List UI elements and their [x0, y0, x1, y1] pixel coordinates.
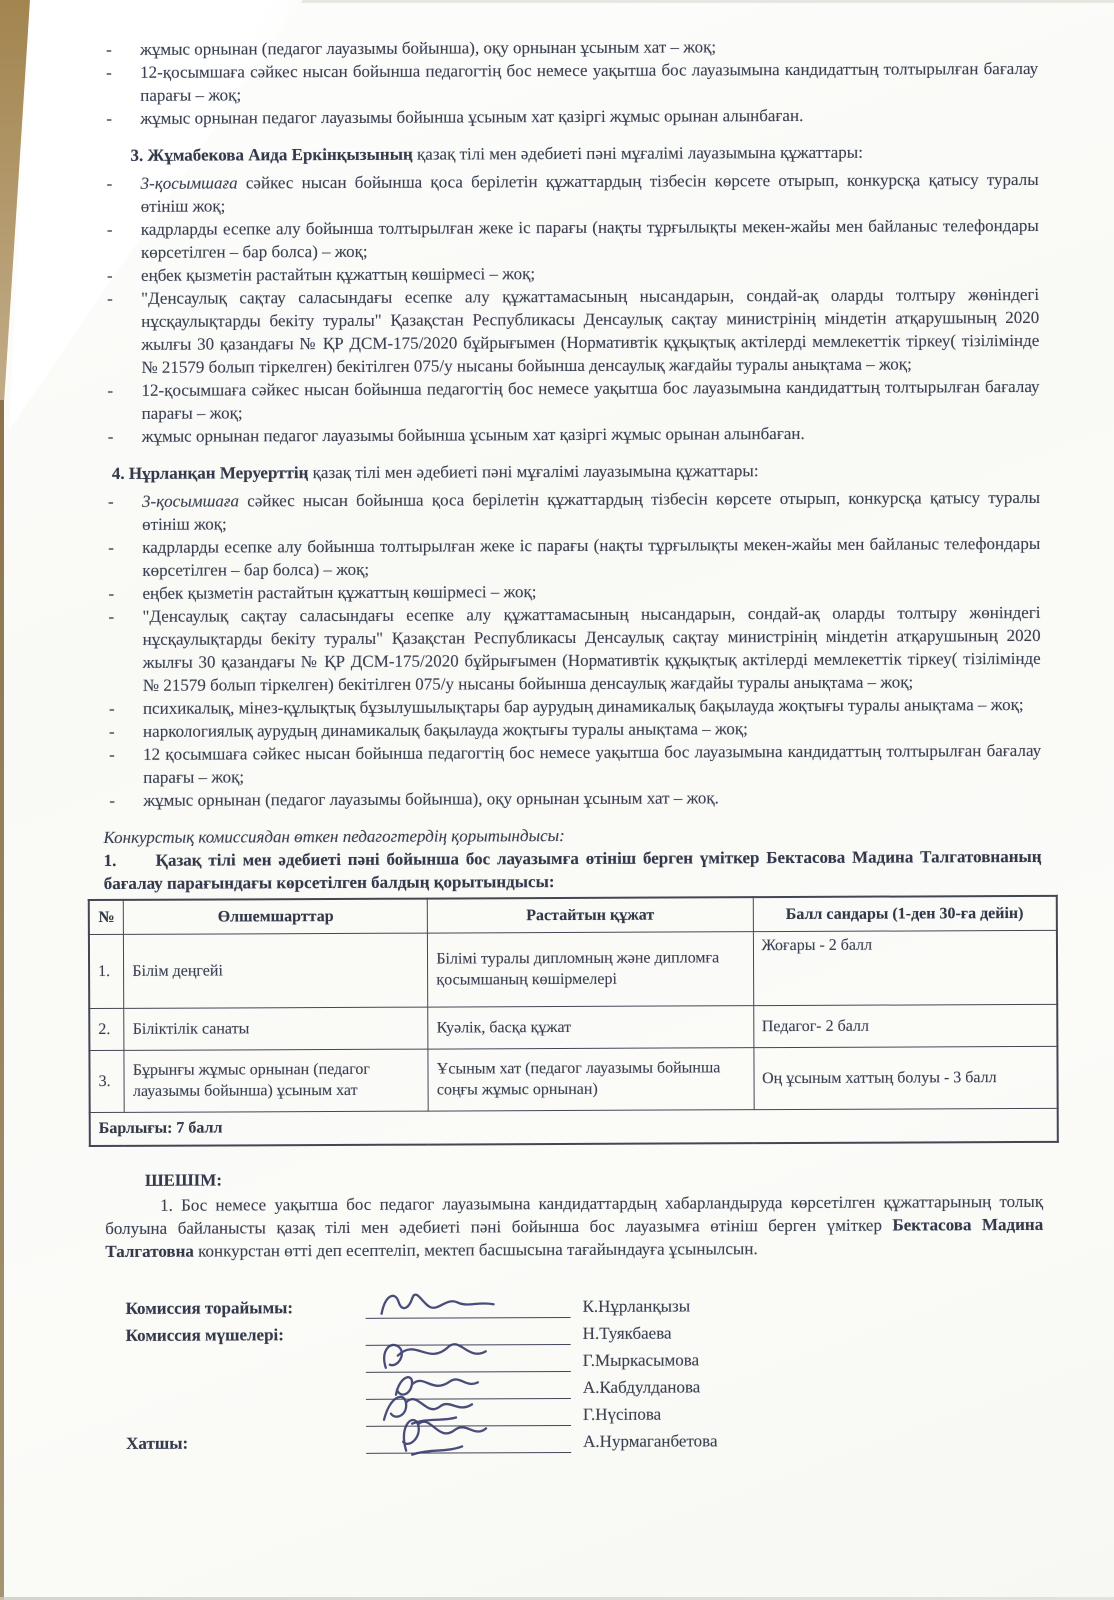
summary-paragraph: 1.Қазақ тілі мен әдебиеті пәні бойынша б…	[104, 845, 1042, 895]
table-row: 1. Білім деңгейі Білімі туралы дипломның…	[89, 930, 1057, 1008]
candidate-name: 3. Жұмабекова Аида Еркінқызының	[130, 145, 412, 165]
signature-label: Комиссия торайымы:	[125, 1296, 365, 1320]
signature-ink	[372, 1410, 512, 1461]
document-cell: Куәлік, басқа құжат	[428, 1005, 753, 1048]
list-item-text: жұмыс орнынан педагог лауазымы бойынша ұ…	[140, 103, 1038, 130]
list-item: - жұмыс орнынан педагог лауазымы бойынша…	[102, 421, 1040, 448]
col-document: Растайтын құжат	[428, 897, 753, 932]
section-3-heading: 3. Жұмабекова Аида Еркінқызының қазақ ті…	[100, 140, 1038, 167]
list-item: - "Денсаулық сақтау саласындағы есепке а…	[102, 601, 1040, 697]
list-item-text: "Денсаулық сақтау саласындағы есепке алу…	[141, 283, 1039, 379]
list-item: - 12 қосымшаға сәйкес нысан бойынша педа…	[103, 739, 1041, 789]
signer-name: А.Нурмаганбетова	[571, 1429, 717, 1453]
list-item-text: 12-қосымшаға сәйкес нысан бойынша педаго…	[140, 57, 1038, 107]
signer-name: Н.Туякбаева	[571, 1322, 672, 1345]
total-points: Барлығы: 7 балл	[90, 1108, 1058, 1146]
bullet-dash: -	[103, 743, 143, 789]
table-header-row: № Өлшемшарттар Растайтын құжат Балл санд…	[89, 896, 1057, 934]
signer-name: К.Нұрланқызы	[570, 1294, 690, 1318]
list-item-text: кадрларды есепке алу бойынша толтырылған…	[141, 214, 1039, 264]
bullet-dash: -	[101, 218, 141, 264]
section-4-heading: 4. Нұрланқан Меруерттің қазақ тілі мен ә…	[102, 458, 1040, 485]
criterion-cell: Біліктілік санаты	[124, 1007, 428, 1050]
col-points: Балл сандары (1-ден 30-ға дейін)	[753, 896, 1057, 931]
bullet-dash: -	[102, 582, 142, 605]
list-item-text: 12 қосымшаға сәйкес нысан бойынша педаго…	[143, 739, 1041, 789]
list-item: - 12-қосымшаға сәйкес нысан бойынша педа…	[100, 57, 1038, 107]
bullet-dash: -	[101, 287, 141, 379]
list-item: - жұмыс орнынан педагог лауазымы бойынша…	[100, 103, 1038, 130]
section-4-list: - 3-қосымшаға сәйкес нысан бойынша қоса …	[102, 486, 1041, 812]
bullet-dash: -	[100, 61, 140, 107]
list-item-text: 3-қосымшаға сәйкес нысан бойынша қоса бе…	[142, 486, 1040, 536]
signature-row-member: Г.Мыркасымова	[126, 1343, 1044, 1374]
document-cell: Білімі туралы дипломның және дипломға қо…	[428, 931, 754, 1006]
score-table: № Өлшемшарттар Растайтын құжат Балл санд…	[88, 895, 1059, 1147]
bullet-dash: -	[102, 425, 142, 448]
bullet-dash: -	[100, 38, 140, 61]
list-item: - "Денсаулық сақтау саласындағы есепке а…	[101, 283, 1039, 379]
signature-row-member: Г.Нүсіпова	[126, 1397, 1044, 1428]
list-item: - 3-қосымшаға сәйкес нысан бойынша қоса …	[102, 486, 1040, 536]
list-item: - 12-қосымшаға сәйкес нысан бойынша педа…	[101, 375, 1039, 425]
paragraph-number: 1.	[104, 849, 156, 872]
document-cell: Ұсыным хат (педагог лауазымы бойынша соң…	[428, 1047, 754, 1110]
candidate-name: 4. Нұрланқан Меруерттің	[112, 463, 309, 483]
decision-heading: ШЕШІМ:	[145, 1165, 1043, 1192]
table-row: 2. Біліктілік санаты Куәлік, басқа құжат…	[89, 1004, 1057, 1050]
bullet-dash: -	[102, 536, 142, 582]
list-item-text: 3-қосымшаға сәйкес нысан бойынша қоса бе…	[141, 168, 1039, 218]
points-cell: Педагог- 2 балл	[753, 1004, 1057, 1047]
bullet-dash: -	[103, 789, 143, 812]
table-row: 3. Бұрынғы жұмыс орнынан (педагог лауазы…	[89, 1046, 1057, 1112]
bullet-dash: -	[100, 107, 140, 130]
annex-reference: 3-қосымшаға	[142, 491, 239, 510]
signature-block: Комиссия торайымы: К.Нұрланқызы Комиссия…	[125, 1289, 1044, 1455]
signature-line	[366, 1428, 571, 1454]
signature-row-member: Комиссия мүшелері: Н.Туякбаева	[126, 1316, 1044, 1347]
table-total-row: Барлығы: 7 балл	[90, 1108, 1058, 1146]
points-cell: Жоғары - 2 балл	[753, 930, 1057, 1005]
bullet-dash: -	[101, 264, 141, 287]
top-continuation-list: - жұмыс орнынан (педагог лауазымы бойынш…	[100, 34, 1038, 130]
document-content: - жұмыс орнынан (педагог лауазымы бойынш…	[100, 34, 1044, 1455]
col-number: №	[89, 900, 124, 934]
row-number: 1.	[89, 934, 124, 1008]
annex-reference: 3-қосымшаға	[141, 173, 238, 192]
signer-name: А.Кабдулданова	[571, 1375, 701, 1399]
row-number: 3.	[89, 1050, 124, 1112]
decision-paragraph: 1. Бос немесе уақытша бос педагог лауазы…	[105, 1190, 1043, 1263]
list-item-text: жұмыс орнынан (педагог лауазымы бойынша)…	[143, 785, 1041, 812]
points-cell: Оң ұсыным хаттың болуы - 3 балл	[753, 1046, 1057, 1109]
signature-row-secretary: Хатшы: А.Нурмаганбетова	[126, 1424, 1044, 1455]
list-item: - кадрларды есепке алу бойынша толтырылғ…	[102, 532, 1040, 582]
list-item: - кадрларды есепке алу бойынша толтырылғ…	[101, 214, 1039, 264]
signature-line	[365, 1293, 570, 1319]
bullet-dash: -	[101, 379, 141, 425]
list-item-text: кадрларды есепке алу бойынша толтырылған…	[142, 532, 1040, 582]
list-item-text: 12-қосымшаға сәйкес нысан бойынша педаго…	[141, 375, 1039, 425]
bullet-dash: -	[101, 172, 141, 218]
bullet-dash: -	[103, 720, 143, 743]
bullet-dash: -	[102, 490, 142, 536]
col-criteria: Өлшемшарттар	[124, 899, 428, 934]
signer-name: Г.Мыркасымова	[571, 1348, 699, 1372]
criterion-cell: Бұрынғы жұмыс орнынан (педагог лауазымы …	[124, 1049, 428, 1112]
criterion-cell: Білім деңгейі	[124, 933, 428, 1008]
signature-row-member: А.Кабдулданова	[126, 1370, 1044, 1401]
bullet-dash: -	[103, 697, 143, 720]
list-item-text: жұмыс орнынан педагог лауазымы бойынша ұ…	[142, 421, 1040, 448]
section-3-list: - 3-қосымшаға сәйкес нысан бойынша қоса …	[101, 168, 1040, 448]
signature-label: Комиссия мүшелері:	[126, 1323, 366, 1347]
bullet-dash: -	[102, 605, 142, 697]
signature-row-chair: Комиссия торайымы: К.Нұрланқызы	[125, 1289, 1043, 1320]
signer-name: Г.Нүсіпова	[571, 1403, 661, 1426]
signature-label: Хатшы:	[126, 1431, 366, 1455]
list-item: - жұмыс орнынан (педагог лауазымы бойынш…	[103, 785, 1041, 812]
list-item: - 3-қосымшаға сәйкес нысан бойынша қоса …	[101, 168, 1039, 218]
list-item-text: "Денсаулық сақтау саласындағы есепке алу…	[142, 601, 1040, 697]
row-number: 2.	[89, 1008, 124, 1050]
